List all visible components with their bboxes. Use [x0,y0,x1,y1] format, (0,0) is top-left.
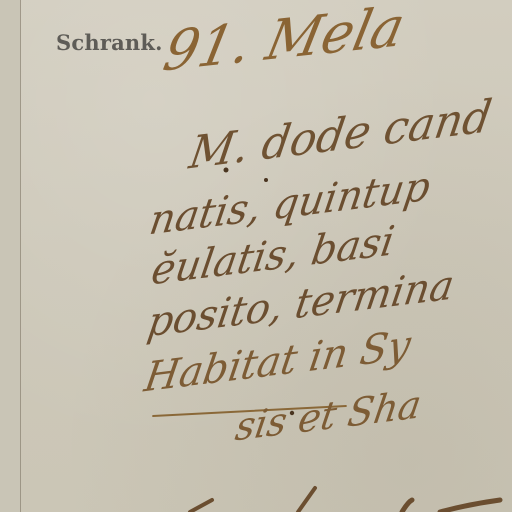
fold-line [20,0,21,512]
text-line-1: M. dode cand [186,90,495,179]
text-line-6: sis et Sha [232,382,424,450]
manuscript-page: Schrank. 91. Mela M. dode cand natis, qu… [0,0,512,512]
entry-heading: 91. Mela [158,0,410,84]
archive-stamp: Schrank. [56,30,163,55]
page-margin [0,0,20,512]
